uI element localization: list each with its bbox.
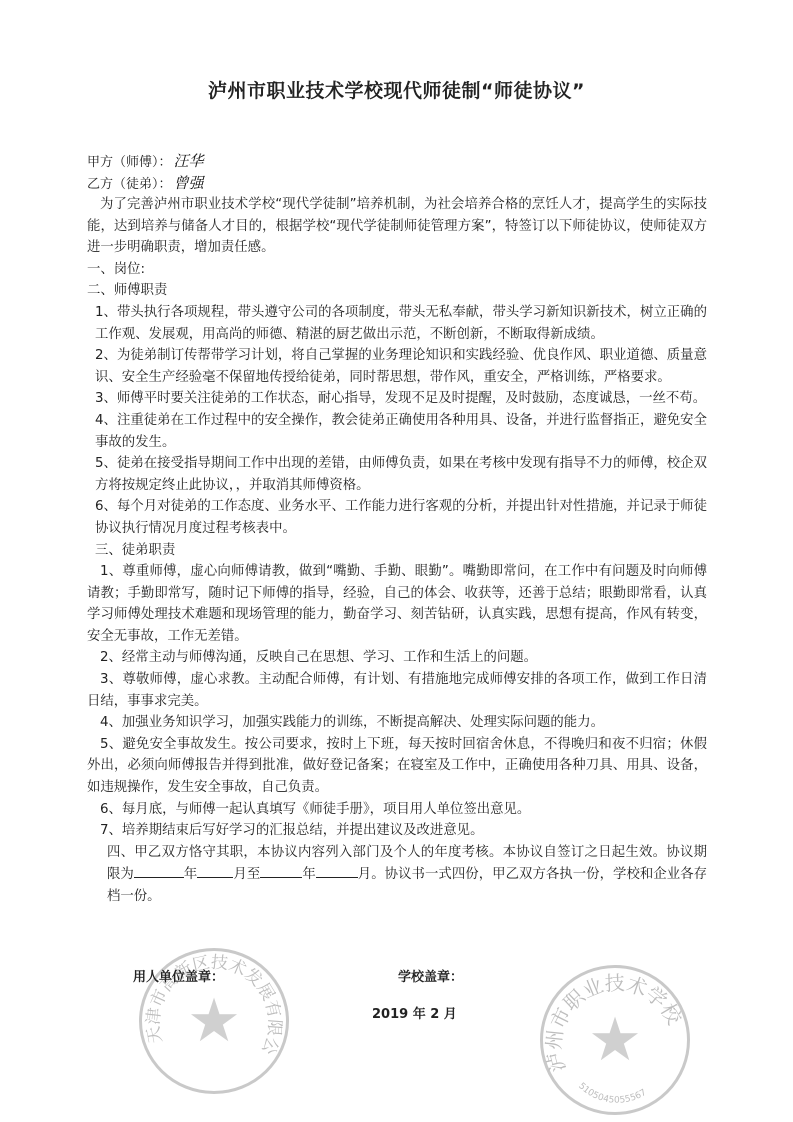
school-stamp: 泸州市职业技术学校 5105045055567 ★ <box>540 965 690 1115</box>
end-month-blank[interactable] <box>316 863 358 878</box>
apprentice-duty-item: 7、培养期结束后写好学习的汇报总结，并提出建议及改进意见。 <box>87 820 707 842</box>
master-duty-item: 3、师傅平时要关注徒弟的工作状态，耐心指导，发现不足及时提醒，及时鼓励，态度诚恳… <box>87 388 707 410</box>
svg-text:泸州市职业技术学校: 泸州市职业技术学校 <box>543 971 687 1075</box>
start-year-blank[interactable] <box>134 863 184 878</box>
section-heading-position: 一、岗位: <box>87 259 707 281</box>
party-b-label: 乙方（徒弟）： <box>87 177 172 192</box>
apprentice-duty-item: 4、加强业务知识学习，加强实践能力的训练，不断提高解决、处理实际问题的能力。 <box>87 712 707 734</box>
master-duty-item: 6、每个月对徒弟的工作态度、业务水平、工作能力进行客观的分析，并提出针对性措施，… <box>87 496 707 539</box>
start-month-blank[interactable] <box>197 863 233 878</box>
employer-seal-label: 用人单位盖章： <box>133 966 224 985</box>
school-stamp-ring: 泸州市职业技术学校 5105045055567 <box>543 968 687 1112</box>
document-title: 泸州市职业技术学校现代师徒制“师徒协议” <box>0 76 793 103</box>
school-seal-label: 学校盖章： <box>398 966 463 985</box>
master-duty-item: 1、带头执行各项规程，带头遵守公司的各项制度，带头无私奉献，带头学习新知识新技术… <box>87 302 707 345</box>
master-duty-item: 2、为徒弟制订传帮带学习计划，将自己掌握的业务理论知识和实践经验、优良作风、职业… <box>87 345 707 388</box>
apprentice-duty-item: 3、尊敬师傅，虚心求教。主动配合师傅，有计划、有措施地完成师傅安排的各项工作，做… <box>87 669 707 712</box>
section-heading-master-duties: 二、师傅职责 <box>87 280 707 302</box>
party-b-line: 乙方（徒弟）：曾强 <box>87 172 204 193</box>
party-a-label: 甲方（师傅）： <box>87 155 172 170</box>
master-duty-item: 5、徒弟在接受指导期间工作中出现的差错，由师傅负责，如果在考核中发现有指导不力的… <box>87 453 707 496</box>
document-body: 为了完善泸州市职业技术学校“现代学徒制”培养机制，为社会培养合格的烹饪人才，提高… <box>87 194 707 908</box>
master-duty-item: 4、注重徒弟在工作过程中的安全操作，教会徒弟正确使用各种用具、设备，并进行监督指… <box>87 410 707 453</box>
apprentice-duty-item: 1、尊重师傅，虚心向师傅请教，做到“嘴勤、手勤、眼勤”。嘴勤即常问，在工作中有问… <box>87 561 707 647</box>
signing-date: 2019 年 2 月 <box>372 1003 457 1022</box>
party-b-signature: 曾强 <box>174 174 204 192</box>
intro-paragraph: 为了完善泸州市职业技术学校“现代学徒制”培养机制，为社会培养合格的烹饪人才，提高… <box>87 194 707 259</box>
end-year-blank[interactable] <box>260 863 302 878</box>
section-heading-apprentice-duties: 三、徒弟职责 <box>87 540 707 562</box>
party-a-line: 甲方（师傅）：汪华 <box>87 150 204 171</box>
party-a-signature: 汪华 <box>174 152 204 170</box>
clause-four: 四、甲乙双方恪守其职，本协议内容列入部门及个人的年度考核。本协议自签订之日起生效… <box>87 842 707 908</box>
apprentice-duty-item: 2、经常主动与师傅沟通，反映自己在思想、学习、工作和生活上的问题。 <box>87 647 707 669</box>
apprentice-duty-item: 6、每月底，与师傅一起认真填写《师徒手册》，项目用人单位签出意见。 <box>87 799 707 821</box>
svg-text:5105045055567: 5105045055567 <box>576 1081 648 1105</box>
apprentice-duty-item: 5、避免安全事故发生。按公司要求，按时上下班，每天按时回宿舍休息，不得晚归和夜不… <box>87 734 707 799</box>
